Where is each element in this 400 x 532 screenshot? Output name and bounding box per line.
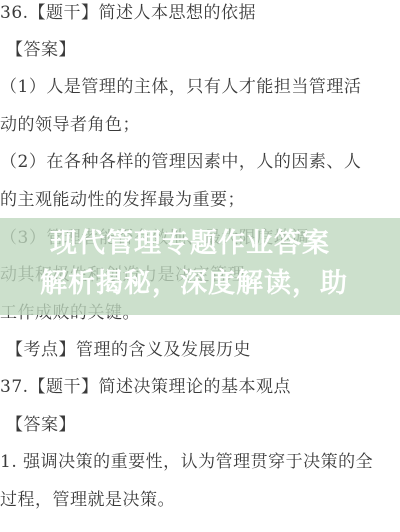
answer-37-point-1: 1. 强调决策的重要性，认为管理贯穿于决策的全 xyxy=(0,452,373,472)
answer-37-point-1-cont: 过程，管理就是决策。 xyxy=(0,490,175,510)
title-overlay-banner: 现代管理专题作业答案 解析揭秘，深度解读，助 xyxy=(0,218,400,315)
answer-heading-2: 【答案】 xyxy=(6,415,76,435)
exam-point: 【考点】管理的含义及发展历史 xyxy=(6,340,251,360)
overlay-title-line-1: 现代管理专题作业答案 xyxy=(50,228,400,260)
overlay-title-line-2: 解析揭秘，深度解读，助 xyxy=(40,268,400,300)
answer-point-1-cont: 动的领导者角色； xyxy=(0,115,140,135)
question-37-stem: 37.【题干】简述决策理论的基本观点 xyxy=(0,377,291,397)
answer-point-2-cont: 的主观能动性的发挥最为重要； xyxy=(0,190,245,210)
question-36-stem: 36.【题干】简述人本思想的依据 xyxy=(0,3,256,23)
answer-point-1: （1）人是管理的主体，只有人才能担当管理活 xyxy=(0,77,361,97)
answer-point-2: （2）在各种各样的管理因素中，人的因素、人 xyxy=(0,152,361,172)
answer-heading: 【答案】 xyxy=(6,40,76,60)
